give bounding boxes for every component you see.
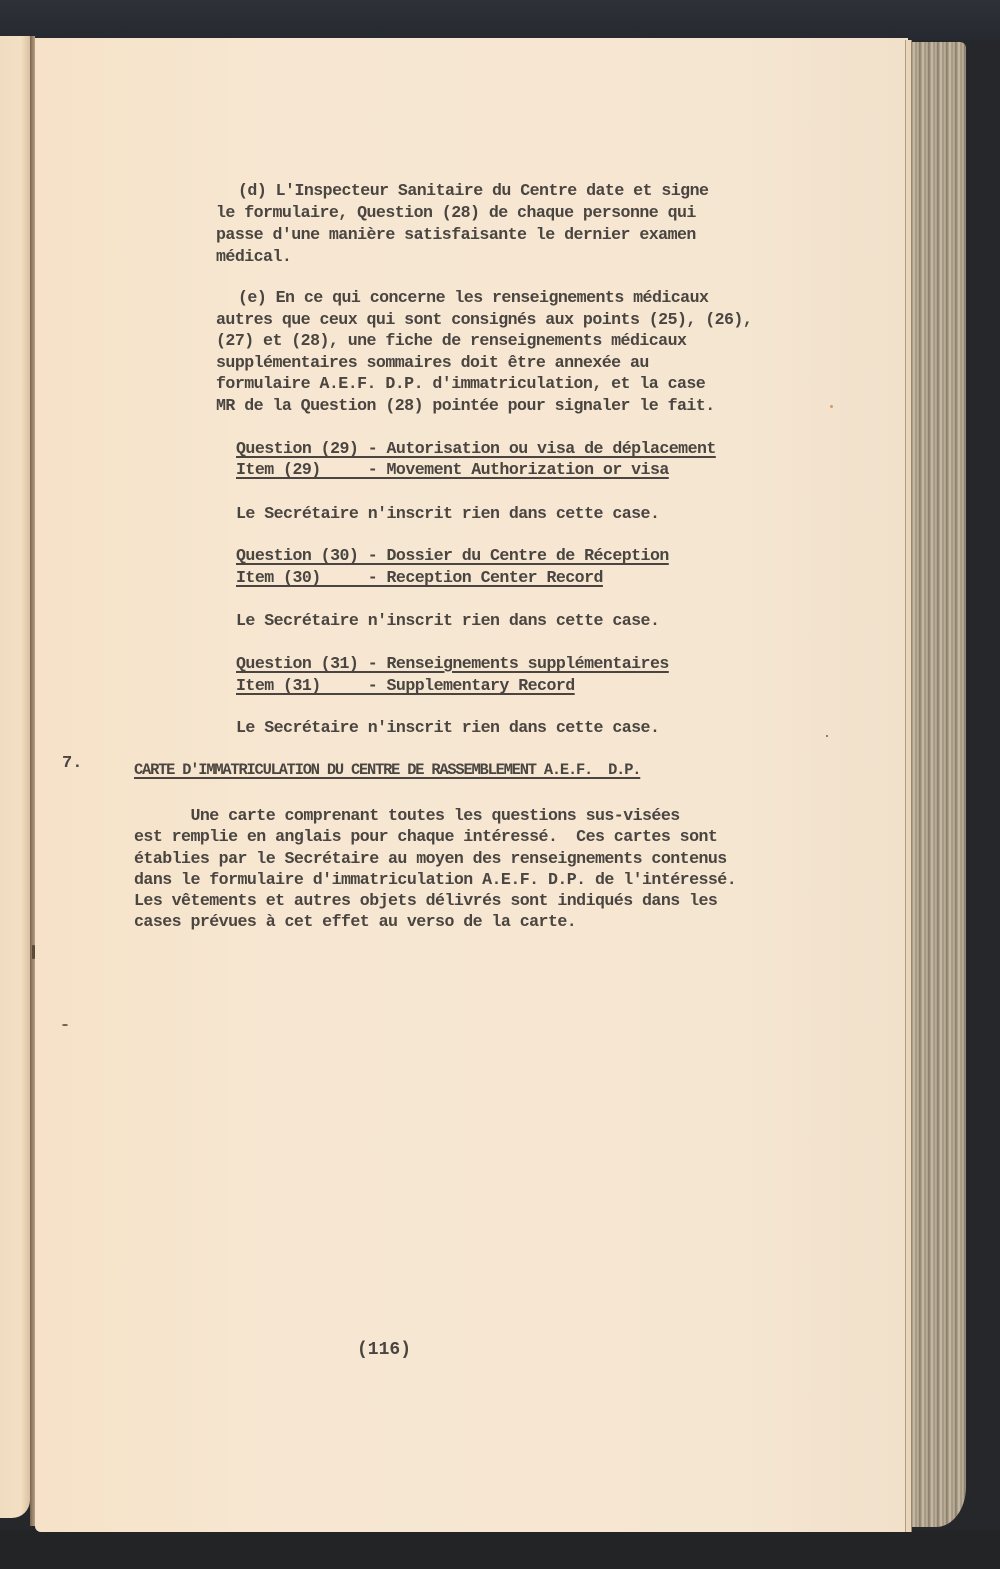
section-body-line: Une carte comprenant toutes les question… [134, 805, 680, 827]
book-fore-edge [911, 42, 966, 1527]
paragraph-line: le formulaire, Question (28) de chaque p… [216, 202, 696, 224]
scan-background-top [0, 0, 1000, 40]
page-number: (116) [357, 1340, 411, 1360]
item-heading: Item (29) - Movement Authorization or vi… [236, 459, 669, 481]
question-note: Le Secrétaire n'inscrit rien dans cette … [236, 503, 659, 525]
paragraph-line: supplémentaires sommaires doit être anne… [216, 352, 649, 374]
question-note: Le Secrétaire n'inscrit rien dans cette … [236, 717, 659, 739]
page-edge [905, 40, 912, 1532]
question-note: Le Secrétaire n'inscrit rien dans cette … [236, 610, 659, 632]
paragraph-line: MR de la Question (28) pointée pour sign… [216, 395, 715, 417]
paragraph-line: (e) En ce qui concerne les renseignement… [238, 287, 708, 309]
question-heading: Question (31) - Renseignements supplémen… [236, 653, 669, 675]
paper-speck [32, 945, 35, 959]
paper-speck [830, 405, 833, 408]
facing-page-edge [0, 36, 30, 1518]
paper-speck [62, 1024, 68, 1026]
paragraph-line: médical. [216, 246, 291, 268]
paragraph-line: (27) et (28), une fiche de renseignement… [216, 330, 686, 352]
item-heading: Item (31) - Supplementary Record [236, 675, 575, 697]
section-body-line: établies par le Secrétaire au moyen des … [134, 848, 727, 870]
scan-background-bottom [0, 1530, 1000, 1569]
question-heading: Question (29) - Autorisation ou visa de … [236, 438, 716, 460]
section-body-line: est remplie en anglais pour chaque intér… [134, 826, 717, 848]
document-page [35, 38, 908, 1532]
paragraph-line: autres que ceux qui sont consignés aux p… [216, 309, 752, 331]
paragraph-line: (d) L'Inspecteur Sanitaire du Centre dat… [238, 180, 708, 202]
section-number: 7. [62, 754, 82, 773]
section-body-line: cases prévues à cet effet au verso de la… [134, 911, 576, 933]
section-body-line: dans le formulaire d'immatriculation A.E… [134, 869, 736, 891]
paper-speck [826, 735, 828, 737]
section-body-line: Les vêtements et autres objets délivrés … [134, 890, 717, 912]
paragraph-line: formulaire A.E.F. D.P. d'immatriculation… [216, 373, 705, 395]
section-heading: CARTE D'IMMATRICULATION DU CENTRE DE RAS… [134, 760, 640, 782]
question-heading: Question (30) - Dossier du Centre de Réc… [236, 545, 669, 567]
paragraph-line: passe d'une manière satisfaisante le der… [216, 224, 696, 246]
item-heading: Item (30) - Reception Center Record [236, 567, 603, 589]
